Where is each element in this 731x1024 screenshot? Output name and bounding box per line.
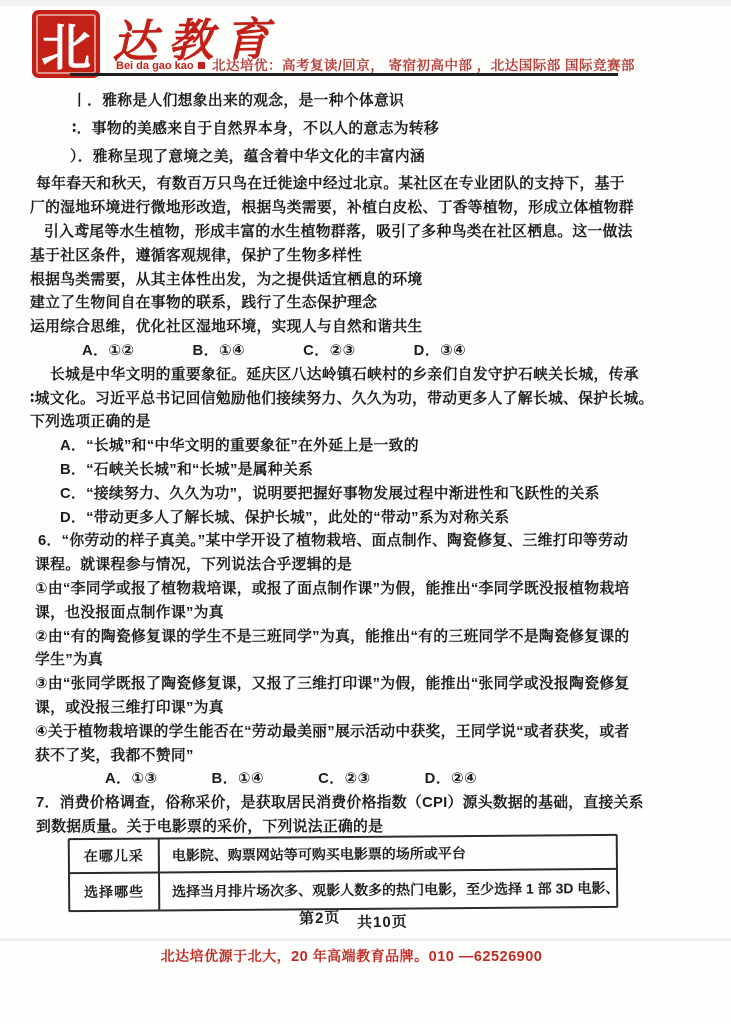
- question-line: 运用综合思维，优化社区湿地环境，实现人与自然和谐共生: [30, 316, 706, 340]
- question-line: 长城是中华文明的重要象征。延庆区八达岭镇石峡村的乡亲们自发守护石峡关长城，传承: [30, 364, 706, 388]
- question-line: ④关于植物栽培课的学生能否在“劳动最美丽”展示活动中获奖，王同学说“或者获奖，或…: [30, 721, 706, 745]
- page-number: 第2页 共10页: [0, 907, 719, 928]
- question-line: ③由“张同学既报了陶瓷修复课，又报了三维打印课”为假，能推出“张同学或没报陶瓷修…: [30, 673, 706, 697]
- red-square-icon: [198, 62, 205, 69]
- question-line: 学生”为真: [30, 649, 706, 673]
- footer-slogan-text: 北达培优源于北大，: [161, 948, 292, 964]
- question-line: 下列选项正确的是: [30, 411, 706, 435]
- footer-slogan-text2: 年高端教育品牌。: [308, 948, 428, 964]
- question-line: 课程。就课程参与情况，下列说法合乎逻辑的是: [30, 554, 706, 578]
- options-row: A．①③B．①④C．②③D．②④: [30, 768, 706, 792]
- option-item: A．①③: [105, 768, 158, 792]
- question-line: 课，也没报面点制作课”为真: [30, 602, 706, 626]
- scan-bottom-edge: [0, 938, 731, 941]
- header-tagline: 北达培优：高考复读/回京， 寄宿初高中部 ，北达国际部 国际竞赛部: [212, 54, 635, 74]
- page-number-total: 共10页: [357, 911, 408, 933]
- footer-phone: 010 —62526900: [429, 949, 543, 965]
- question-line: A．“长城”和“中华文明的重要象征”在外延上是一致的: [30, 435, 706, 459]
- question-line: 课，或没报三维打印课”为真: [30, 697, 706, 721]
- question-line: ∶城文化。习近平总书记回信勉励他们接续努力、久久为功，带动更多人了解长城、保护长…: [30, 388, 706, 412]
- option-item: C．②③: [303, 340, 356, 364]
- beida-seal-logo-icon: 北: [32, 10, 100, 78]
- options-row: A．①②B．①④C．②③D．③④: [30, 340, 706, 364]
- option-item: B．①④: [212, 768, 265, 792]
- table-row: 在哪儿采 电影院、购票网站等可购买电影票的场所或平台: [70, 836, 616, 872]
- question-line: 丨．雅称是人们想象出来的观念，是一种个体意识: [30, 90, 706, 114]
- scan-top-edge: [0, 0, 731, 6]
- option-item: D．②④: [425, 768, 478, 792]
- question-line: 基于社区条件，遵循客观规律，保护了生物多样性: [30, 245, 706, 269]
- question-line: 根据鸟类需要，从其主体性出发，为之提供适宜栖息的环境: [30, 269, 706, 293]
- header-divider: [70, 73, 618, 76]
- question-line: 6．“你劳动的样子真美。”某中学开设了植物栽培、面点制作、陶瓷修复、三维打印等劳…: [30, 530, 706, 554]
- exam-paper-page: 北 达教育 Bei da gao kao 北达培优：高考复读/回京， 寄宿初高中…: [0, 0, 731, 1024]
- question-line: D．“带动更多人了解长城、保护长城”，此处的“带动”系为对称关系: [30, 507, 706, 531]
- question-line: ①由“李同学或报了植物栽培课，或报了面点制作课”为假，能推出“李同学既没报植物栽…: [30, 578, 706, 602]
- question-line: C．“接续努力、久久为功”，说明要把握好事物发展过程中渐进性和飞跃性的关系: [30, 483, 706, 507]
- option-item: C．②③: [318, 768, 371, 792]
- page-number-current: 第2页: [299, 906, 341, 928]
- question-line: ②由“有的陶瓷修复课的学生不是三班同学”为真，能推出“有的三班同学不是陶瓷修复课…: [30, 626, 706, 650]
- question-line: ）．雅称呈现了意境之美，蕴含着中华文化的丰富内涵: [30, 146, 706, 170]
- question-body: 丨．雅称是人们想象出来的观念，是一种个体意识∶．事物的美感来自于自然界本身，不以…: [30, 90, 706, 840]
- option-item: D．③④: [414, 340, 467, 364]
- question-line: 获不了奖，我都不赞同”: [30, 745, 706, 769]
- question-line: 厂的湿地环境进行微地形改造，根据鸟类需要，补植白皮松、丁香等植物，形成立体植物群: [30, 197, 706, 221]
- brand-pinyin: Bei da gao kao: [116, 60, 205, 72]
- question-line: 引入鸢尾等水生植物，形成丰富的水生植物群落，吸引了多种鸟类在社区栖息。这一做法: [30, 221, 706, 245]
- question-table: 在哪儿采 电影院、购票网站等可购买电影票的场所或平台 选择哪些 选择当月排片场次…: [68, 834, 619, 912]
- question-line: ∶．事物的美感来自于自然界本身，不以人的意志为转移: [30, 118, 706, 142]
- table-row-label: 选择哪些: [70, 873, 160, 910]
- table-row-content: 电影院、购票网站等可购买电影票的场所或平台: [160, 836, 616, 872]
- table-row: 选择哪些 选择当月排片场次多、观影人数多的热门电影，至少选择 1 部 3D 电影…: [70, 868, 616, 910]
- table-row-content: 选择当月排片场次多、观影人数多的热门电影，至少选择 1 部 3D 电影、1 部 …: [160, 870, 616, 910]
- brand-pinyin-text: Bei da gao kao: [116, 60, 194, 72]
- option-item: A．①②: [82, 340, 135, 364]
- option-item: B．①④: [193, 340, 246, 364]
- table-row-label: 在哪儿采: [70, 839, 160, 872]
- question-line: 建立了生物间自在事物的联系，践行了生态保护理念: [30, 292, 706, 316]
- question-line: B．“石峡关长城”和“长城”是属种关系: [30, 459, 706, 483]
- footer-slogan: 北达培优源于北大，20 年高端教育品牌。010 —62526900: [0, 946, 717, 966]
- page-header: 北 达教育 Bei da gao kao 北达培优：高考复读/回京， 寄宿初高中…: [30, 8, 701, 80]
- question-line: 7．消费价格调查，俗称采价，是获取居民消费价格指数（CPI）源头数据的基础，直接…: [30, 792, 706, 816]
- question-line: 每年春天和秋天，有数百万只鸟在迁徙途中经过北京。某社区在专业团队的支持下，基于: [30, 173, 706, 197]
- footer-years: 20: [291, 949, 308, 965]
